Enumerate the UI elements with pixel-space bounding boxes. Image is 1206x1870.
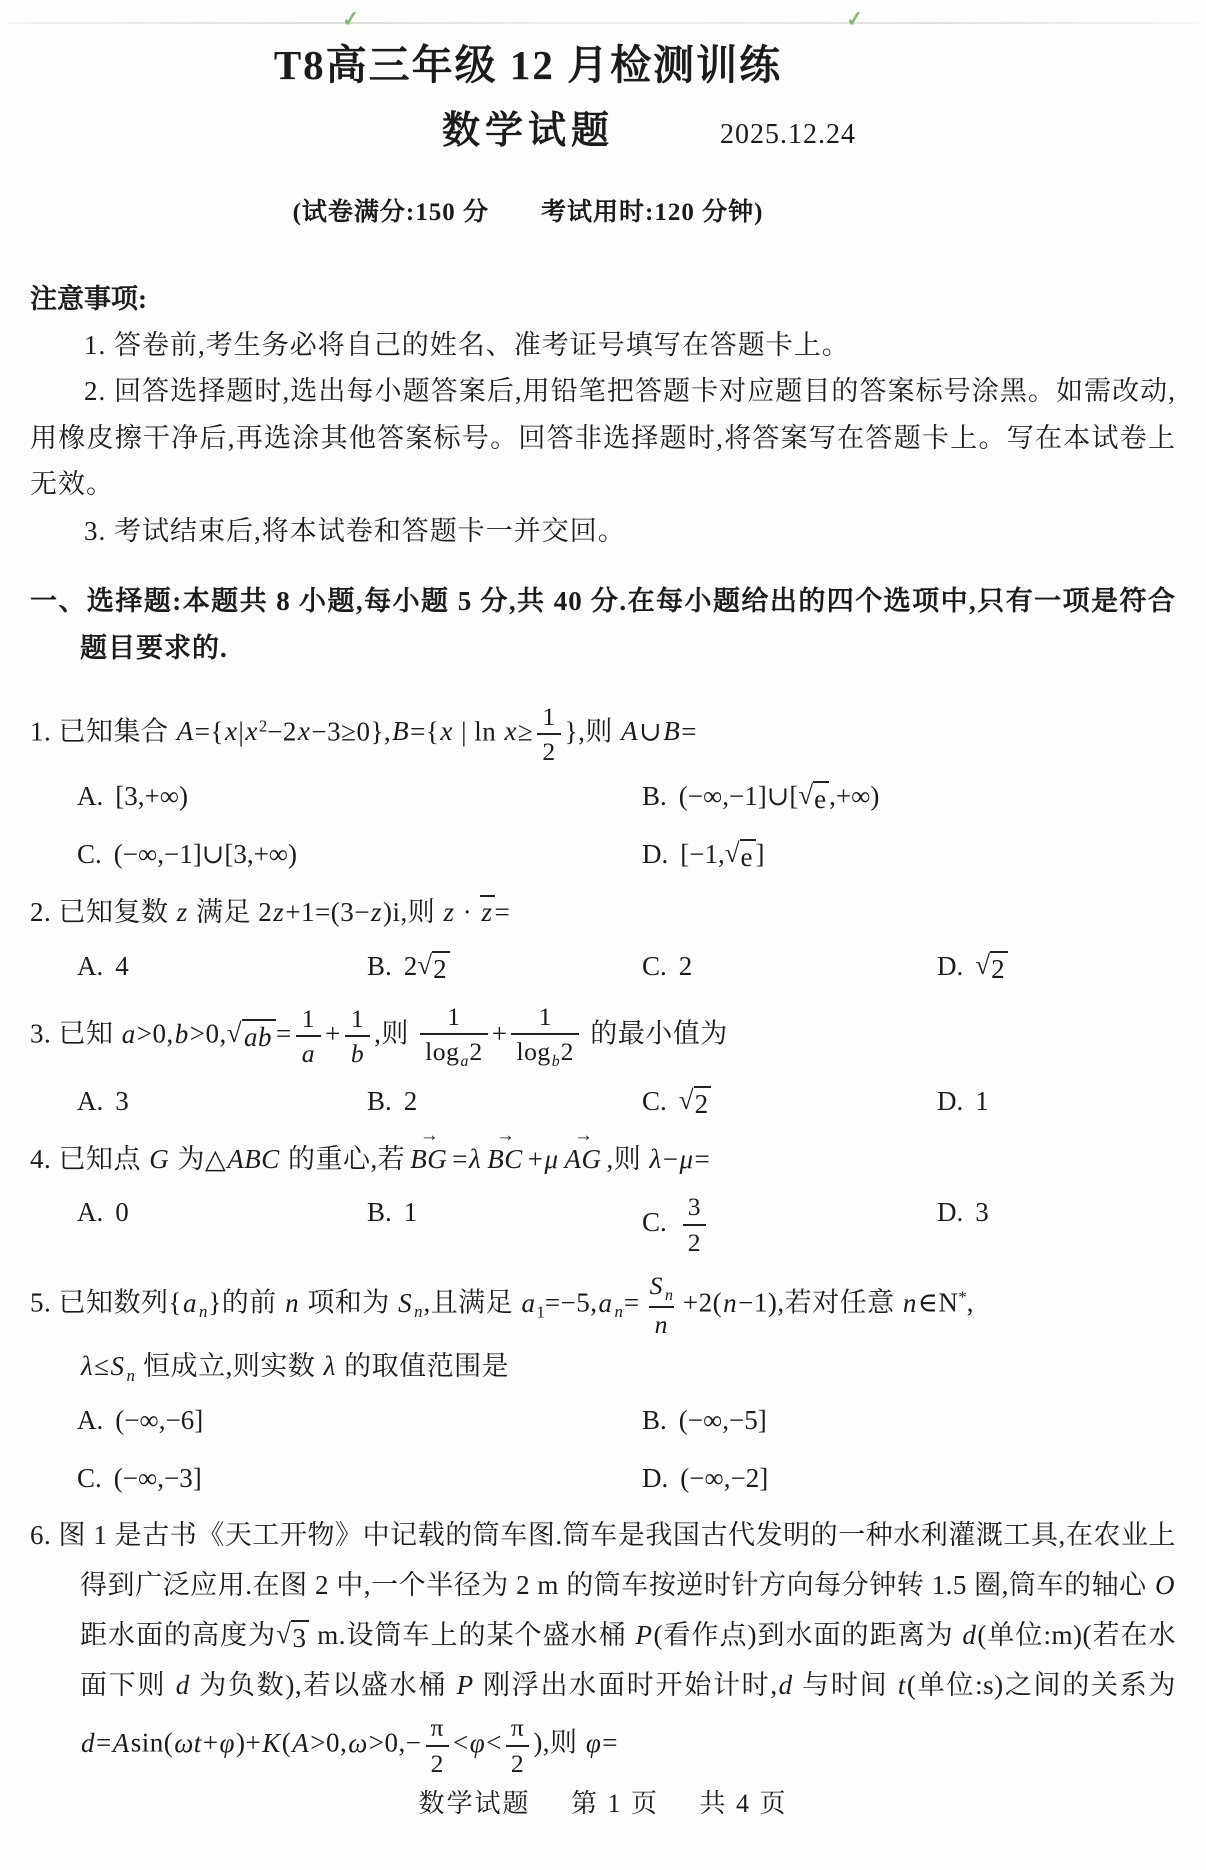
options-grid: A.(−∞,−6]B.(−∞,−5]C.(−∞,−3]D.(−∞,−2]: [77, 1398, 1176, 1502]
math-variable: x: [244, 716, 258, 746]
question: 5. 已知数列{an}的前 n 项和为 Sn,且满足 a1=−5,an=Snn+…: [30, 1269, 1176, 1501]
option: C.(−∞,−1]∪[3,+∞): [77, 832, 642, 878]
option-label: C.: [642, 1207, 667, 1237]
option-value: [3,+∞): [115, 781, 188, 811]
fraction-denominator: 2: [683, 1224, 706, 1259]
math-subscript: n: [413, 1302, 423, 1321]
option-value: (−∞,−1]∪[3,+∞): [114, 839, 297, 869]
math-sqrt: 2: [417, 951, 449, 987]
fraction-numerator: π: [506, 1711, 529, 1744]
math-variable: n: [614, 1302, 624, 1321]
math-variable: O: [1154, 1570, 1176, 1600]
questions-list: 1. 已知集合 A={x|x2−2x−3≥0},B={x | ln x≥12},…: [30, 700, 1176, 1780]
fraction-denominator: b: [345, 1035, 370, 1070]
option-label: D.: [642, 1463, 668, 1493]
math-conjugate-bar: z: [480, 895, 495, 928]
math-fraction: 1a: [296, 1002, 321, 1071]
math-variable: AG: [564, 1144, 603, 1174]
option: D.[−1,e]: [642, 832, 1176, 878]
math-subscript: n: [126, 1366, 136, 1385]
math-subscript: a: [459, 1053, 469, 1070]
math-fraction: 1loga2: [420, 1000, 488, 1073]
question-stem: 2. 已知复数 z 满足 2z+1=(3−z)i,则 z · z=: [30, 888, 1176, 938]
exam-header: T8高三年级 12 月检测训练 数学试题 2025.12.24 (试卷满分:15…: [30, 0, 1176, 234]
exam-date: 2025.12.24: [720, 111, 856, 159]
math-sqrt: ab: [227, 1019, 276, 1055]
fraction-numerator: 1: [534, 1000, 557, 1033]
option: A.4: [77, 944, 367, 990]
math-variable: d: [778, 1670, 794, 1700]
math-sqrt: 2: [679, 1086, 711, 1122]
math-subscript: n: [664, 1287, 674, 1304]
math-variable: A: [291, 1728, 310, 1758]
question: 4. 已知点 G 为△ABC 的重心,若BG=λBC+μAG,则 λ−μ=A.0…: [30, 1135, 1176, 1260]
math-sqrt: e: [798, 781, 829, 817]
math-variable: φ: [469, 1728, 486, 1758]
question: 6. 图 1 是古书《天工开物》中记载的筒车图.筒车是我国古代发明的一种水利灌溉…: [30, 1511, 1176, 1779]
fraction-denominator: 2: [537, 733, 560, 768]
sqrt-argument: e: [813, 781, 829, 817]
math-fraction: 1b: [345, 1002, 370, 1071]
option-label: B.: [642, 781, 667, 811]
math-variable: n: [902, 1288, 918, 1318]
math-variable: λ: [80, 1351, 94, 1381]
option-label: C.: [77, 839, 102, 869]
math-variable: z: [370, 897, 383, 927]
option-value: 22: [404, 951, 450, 981]
math-fraction: 12: [537, 700, 560, 769]
option-value: (−∞,−6]: [115, 1405, 203, 1435]
math-fraction: Snn: [644, 1269, 679, 1342]
subject-title: 数学试题: [442, 110, 614, 152]
option: C.2: [642, 1079, 937, 1125]
option: B.1: [367, 1190, 642, 1259]
question: 3. 已知 a>0,b>0,ab=1a+1b,则 1loga2+1logb2 的…: [30, 1000, 1176, 1124]
math-superscript: *: [958, 1287, 966, 1306]
math-fraction: 1logb2: [511, 1000, 579, 1073]
question: 1. 已知集合 A={x|x2−2x−3≥0},B={x | ln x≥12},…: [30, 700, 1176, 878]
math-variable: λ: [468, 1144, 482, 1174]
option-label: A.: [77, 1086, 103, 1116]
option: D.3: [937, 1190, 1176, 1259]
question-stem: 5. 已知数列{an}的前 n 项和为 Sn,且满足 a1=−5,an=Snn+…: [30, 1269, 1176, 1342]
math-variable: z: [442, 897, 455, 927]
sqrt-argument: 2: [432, 951, 450, 987]
option-label: D.: [937, 1086, 963, 1116]
math-variable: ABC: [226, 1144, 281, 1174]
option-value: 2: [404, 1086, 418, 1116]
sqrt-argument: e: [740, 839, 756, 875]
options-grid: A.0B.1C.32D.3: [77, 1190, 1176, 1259]
sqrt-argument: 2: [694, 1086, 712, 1122]
option-label: A.: [77, 951, 103, 981]
option: D.2: [937, 944, 1176, 990]
subject-row: 数学试题 2025.12.24: [30, 99, 1026, 164]
page-footer: 数学试题 第 1 页 共 4 页: [0, 1782, 1206, 1827]
options-grid: A.3B.2C.2D.1: [77, 1079, 1176, 1125]
fraction-numerator: 3: [683, 1190, 706, 1223]
note-item: 2. 回答选择题时,选出每小题答案后,用铅笔把答题卡对应题目的答案标号涂黑。如需…: [30, 368, 1176, 507]
option-label: B.: [642, 1405, 667, 1435]
fraction-denominator: 2: [506, 1745, 529, 1780]
math-variable: a: [598, 1288, 614, 1318]
math-variable: A: [620, 716, 639, 746]
option-label: A.: [77, 781, 103, 811]
option: D.1: [937, 1079, 1176, 1125]
notes-section: 注意事项: 1. 答卷前,考生务必将自己的姓名、准考证号填写在答题卡上。 2. …: [30, 276, 1176, 555]
math-variable: B: [391, 716, 410, 746]
fraction-denominator: loga2: [420, 1033, 488, 1072]
question: 2. 已知复数 z 满足 2z+1=(3−z)i,则 z · z=A.4B.22…: [30, 888, 1176, 990]
option-value: 3: [975, 1197, 989, 1227]
option: A.0: [77, 1190, 367, 1259]
math-variable: n: [664, 1287, 674, 1304]
math-vector: BC: [486, 1135, 524, 1185]
math-variable: S: [649, 1271, 664, 1300]
option: C.32: [642, 1190, 937, 1259]
option-value: 2: [679, 951, 693, 981]
options-grid: A.4B.22C.2D.2: [77, 944, 1176, 990]
option-value: 0: [115, 1197, 129, 1227]
math-variable: b: [551, 1053, 561, 1070]
math-fraction: π2: [506, 1711, 529, 1780]
math-variable: z: [272, 897, 285, 927]
math-sqrt: 2: [975, 951, 1007, 987]
math-vector: AG: [564, 1135, 603, 1185]
math-variable: n: [654, 1310, 669, 1339]
math-variable: a: [182, 1288, 198, 1318]
option-label: A.: [77, 1197, 103, 1227]
math-variable: G: [148, 1144, 170, 1174]
math-variable: ωt: [173, 1728, 203, 1758]
math-variable: z: [176, 897, 189, 927]
question-stem: 1. 已知集合 A={x|x2−2x−3≥0},B={x | ln x≥12},…: [30, 700, 1176, 769]
option-value: (−∞,−2]: [680, 1463, 768, 1493]
math-variable: BC: [486, 1144, 524, 1174]
math-variable: a: [121, 1019, 137, 1049]
math-fraction: π2: [426, 1711, 449, 1780]
option: B.22: [367, 944, 642, 990]
sqrt-argument: 2: [990, 951, 1008, 987]
fraction-numerator: 1: [297, 1002, 320, 1035]
option: C.2: [642, 944, 937, 990]
option-value: 1: [404, 1197, 418, 1227]
math-variable: b: [350, 1039, 365, 1068]
math-variable: λ: [649, 1144, 663, 1174]
math-variable: b: [174, 1019, 190, 1049]
option-value: (−∞,−1]∪[e,+∞): [679, 781, 880, 811]
math-variable: n: [126, 1366, 136, 1385]
math-variable: d: [80, 1728, 96, 1758]
math-variable: A: [176, 716, 195, 746]
math-variable: a: [459, 1053, 469, 1070]
footer-page-number: 第 1 页: [571, 1789, 659, 1818]
option: B.(−∞,−5]: [642, 1398, 1176, 1444]
math-variable: K: [261, 1728, 282, 1758]
option-label: C.: [77, 1463, 102, 1493]
section-heading: 一、选择题:本题共 8 小题,每小题 5 分,共 40 分.在每小题给出的四个选…: [30, 578, 1176, 673]
math-variable: ab: [243, 1022, 273, 1052]
math-variable: a: [520, 1288, 536, 1318]
option: A.(−∞,−6]: [77, 1398, 642, 1444]
math-variable: n: [284, 1288, 300, 1318]
sqrt-argument: 3: [291, 1620, 309, 1656]
exam-paper-page: ✓ ✓ T8高三年级 12 月检测训练 数学试题 2025.12.24 (试卷满…: [0, 0, 1206, 1870]
option-label: A.: [77, 1405, 103, 1435]
option: A.[3,+∞): [77, 774, 642, 820]
option-value: 2: [679, 1086, 711, 1116]
math-variable: ω: [347, 1728, 369, 1758]
math-variable: S: [397, 1288, 413, 1318]
math-subscript: n: [614, 1302, 624, 1321]
option-value: 1: [975, 1086, 989, 1116]
math-variable: d: [961, 1620, 977, 1650]
option: C.(−∞,−3]: [77, 1456, 642, 1502]
math-variable: n: [722, 1288, 738, 1318]
option-value: 4: [115, 951, 129, 981]
question-stem: 6. 图 1 是古书《天工开物》中记载的筒车图.筒车是我国古代发明的一种水利灌溉…: [30, 1511, 1176, 1779]
fraction-denominator: a: [296, 1035, 321, 1070]
math-sqrt: 3: [276, 1620, 309, 1656]
fraction-numerator: π: [426, 1711, 449, 1744]
math-variable: x: [224, 716, 238, 746]
math-vector: BG: [409, 1135, 448, 1185]
math-variable: φ: [219, 1728, 236, 1758]
option: B.2: [367, 1079, 642, 1125]
fraction-denominator: logb2: [511, 1033, 579, 1072]
option-value: [−1,e]: [680, 839, 764, 869]
option: B.(−∞,−1]∪[e,+∞): [642, 774, 1176, 820]
fraction-denominator: 2: [426, 1745, 449, 1780]
math-variable: a: [301, 1039, 316, 1068]
math-variable: μ: [678, 1144, 694, 1174]
option-label: C.: [642, 951, 667, 981]
math-variable: A: [112, 1728, 131, 1758]
sqrt-argument: ab: [242, 1019, 276, 1055]
footer-page-total: 共 4 页: [700, 1789, 788, 1818]
note-item: 3. 考试结束后,将本试卷和答题卡一并交回。: [30, 508, 1176, 554]
math-variable: z: [481, 897, 494, 927]
math-variable: μ: [543, 1144, 559, 1174]
math-variable: x: [297, 716, 311, 746]
math-variable: B: [662, 716, 681, 746]
fraction-numerator: Sn: [644, 1269, 679, 1306]
math-variable: x: [439, 716, 453, 746]
math-fraction: 32: [683, 1190, 706, 1259]
option-value: 2: [975, 951, 1007, 981]
exam-info: (试卷满分:150 分 考试用时:120 分钟): [30, 191, 1026, 234]
math-variable: P: [634, 1620, 653, 1650]
question-stem: 4. 已知点 G 为△ABC 的重心,若BG=λBC+μAG,则 λ−μ=: [30, 1135, 1176, 1185]
option-label: B.: [367, 951, 392, 981]
math-variable: x: [504, 716, 518, 746]
math-subscript: n: [198, 1302, 208, 1321]
math-variable: P: [456, 1670, 475, 1700]
math-variable: S: [110, 1351, 126, 1381]
math-variable: t: [897, 1670, 907, 1700]
notes-heading: 注意事项:: [30, 276, 1176, 322]
math-subscript: b: [551, 1053, 561, 1070]
math-variable: n: [198, 1302, 208, 1321]
math-subscript: 1: [536, 1302, 544, 1321]
math-superscript: 2: [259, 716, 267, 735]
option-label: C.: [642, 1086, 667, 1116]
option-label: B.: [367, 1086, 392, 1116]
math-variable: BG: [409, 1144, 448, 1174]
option-label: B.: [367, 1197, 392, 1227]
fraction-denominator: n: [649, 1306, 674, 1341]
option: D.(−∞,−2]: [642, 1456, 1176, 1502]
option: A.3: [77, 1079, 367, 1125]
option-value: (−∞,−5]: [679, 1405, 767, 1435]
option-value: 32: [679, 1207, 710, 1237]
option-label: D.: [937, 951, 963, 981]
options-grid: A.[3,+∞)B.(−∞,−1]∪[e,+∞)C.(−∞,−1]∪[3,+∞)…: [77, 774, 1176, 878]
math-variable: n: [413, 1302, 423, 1321]
option-label: D.: [937, 1197, 963, 1227]
option-value: (−∞,−3]: [114, 1463, 202, 1493]
math-variable: φ: [585, 1728, 602, 1758]
math-variable: λ: [323, 1351, 337, 1381]
fraction-numerator: 1: [442, 1000, 465, 1033]
footer-doc-title: 数学试题: [418, 1789, 530, 1818]
math-variable: d: [175, 1670, 191, 1700]
option-value: 3: [115, 1086, 129, 1116]
option-label: D.: [642, 839, 668, 869]
note-item: 1. 答卷前,考生务必将自己的姓名、准考证号填写在答题卡上。: [30, 322, 1176, 368]
exam-title: T8高三年级 12 月检测训练: [30, 40, 1026, 91]
fraction-numerator: 1: [346, 1002, 369, 1035]
fraction-numerator: 1: [537, 700, 560, 733]
math-sqrt: e: [725, 839, 756, 875]
question-stem: 3. 已知 a>0,b>0,ab=1a+1b,则 1loga2+1logb2 的…: [30, 1000, 1176, 1073]
question-stem-continuation: λ≤Sn 恒成立,则实数 λ 的取值范围是: [30, 1342, 1176, 1392]
